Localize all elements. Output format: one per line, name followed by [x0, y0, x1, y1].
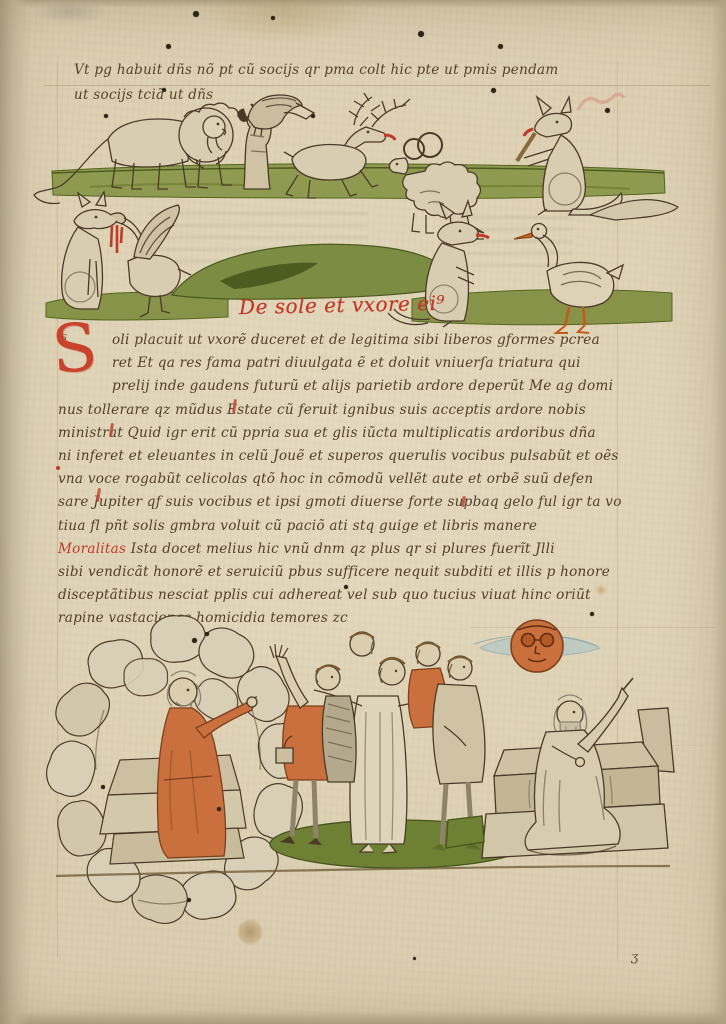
wormhole: [491, 88, 496, 93]
moralitas-label: Moralitas: [58, 541, 126, 557]
top-marginal-line-1: Vt pg habuit dñs nõ pt cũ socijs qr pma …: [74, 62, 558, 78]
ram-drawing: [389, 133, 480, 233]
wormhole: [192, 638, 197, 643]
text-line: nus tollerare qz mũdus Estate cũ feruit …: [58, 399, 664, 422]
text-line-moralitas: Moralitas Ista docet melius hic vnũ dnm …: [58, 538, 664, 561]
text-line: tiua fl pñt solis gmbra voluit cũ paciõ …: [58, 515, 664, 538]
wormhole: [590, 612, 594, 616]
miniature-scene: [40, 600, 688, 912]
wormhole: [311, 114, 315, 118]
wormhole: [217, 807, 221, 811]
red-margin-dot: [56, 466, 60, 470]
wormhole: [344, 585, 348, 589]
wormhole: [187, 898, 191, 902]
text-line: ministrat Quid igr erit cũ ppria sua et …: [58, 422, 664, 445]
text-line: ni inferet et eleuantes in celũ Jouẽ et …: [58, 445, 664, 468]
wormhole: [271, 16, 275, 20]
wormhole: [166, 44, 171, 49]
text-line: sare Jupiter qf suis vocibus et ipsi gmo…: [58, 491, 664, 514]
text-line: ret Et qa res fama patri diuulgata ẽ et …: [58, 352, 664, 375]
moralitas-text: Ista docet melius hic vnũ dnm qz plus qr…: [131, 541, 555, 557]
wormhole: [162, 88, 166, 92]
wormhole: [413, 957, 416, 960]
chapter-heading: De sole et vxore ei⁹: [239, 291, 445, 319]
text-line: sibi vendicãt honorẽ et seruiciũ pbus su…: [58, 561, 664, 584]
text-line: prelij inde gaudens futurũ et alijs pari…: [58, 375, 664, 398]
wormhole: [104, 114, 108, 118]
text-line: oli placuit ut vxorẽ duceret et de legit…: [58, 329, 664, 352]
wormhole: [101, 785, 105, 789]
wormhole: [193, 11, 199, 17]
manuscript-page: Vt pg habuit dñs nõ pt cũ socijs qr pma …: [0, 0, 726, 1024]
wormhole: [418, 31, 424, 37]
text-line: vna voce rogabũt celicolas qtõ hoc in cõ…: [58, 468, 664, 491]
wormhole: [605, 108, 610, 113]
ruling-line-top: [44, 85, 710, 86]
wormhole: [498, 44, 503, 49]
main-text-block: oli placuit ut vxorẽ duceret et de legit…: [58, 329, 664, 631]
folio-mark: ʒ: [631, 950, 638, 965]
wormhole: [205, 632, 209, 636]
sun-face: [474, 620, 600, 672]
wolf-tail-flourish: [590, 200, 678, 220]
